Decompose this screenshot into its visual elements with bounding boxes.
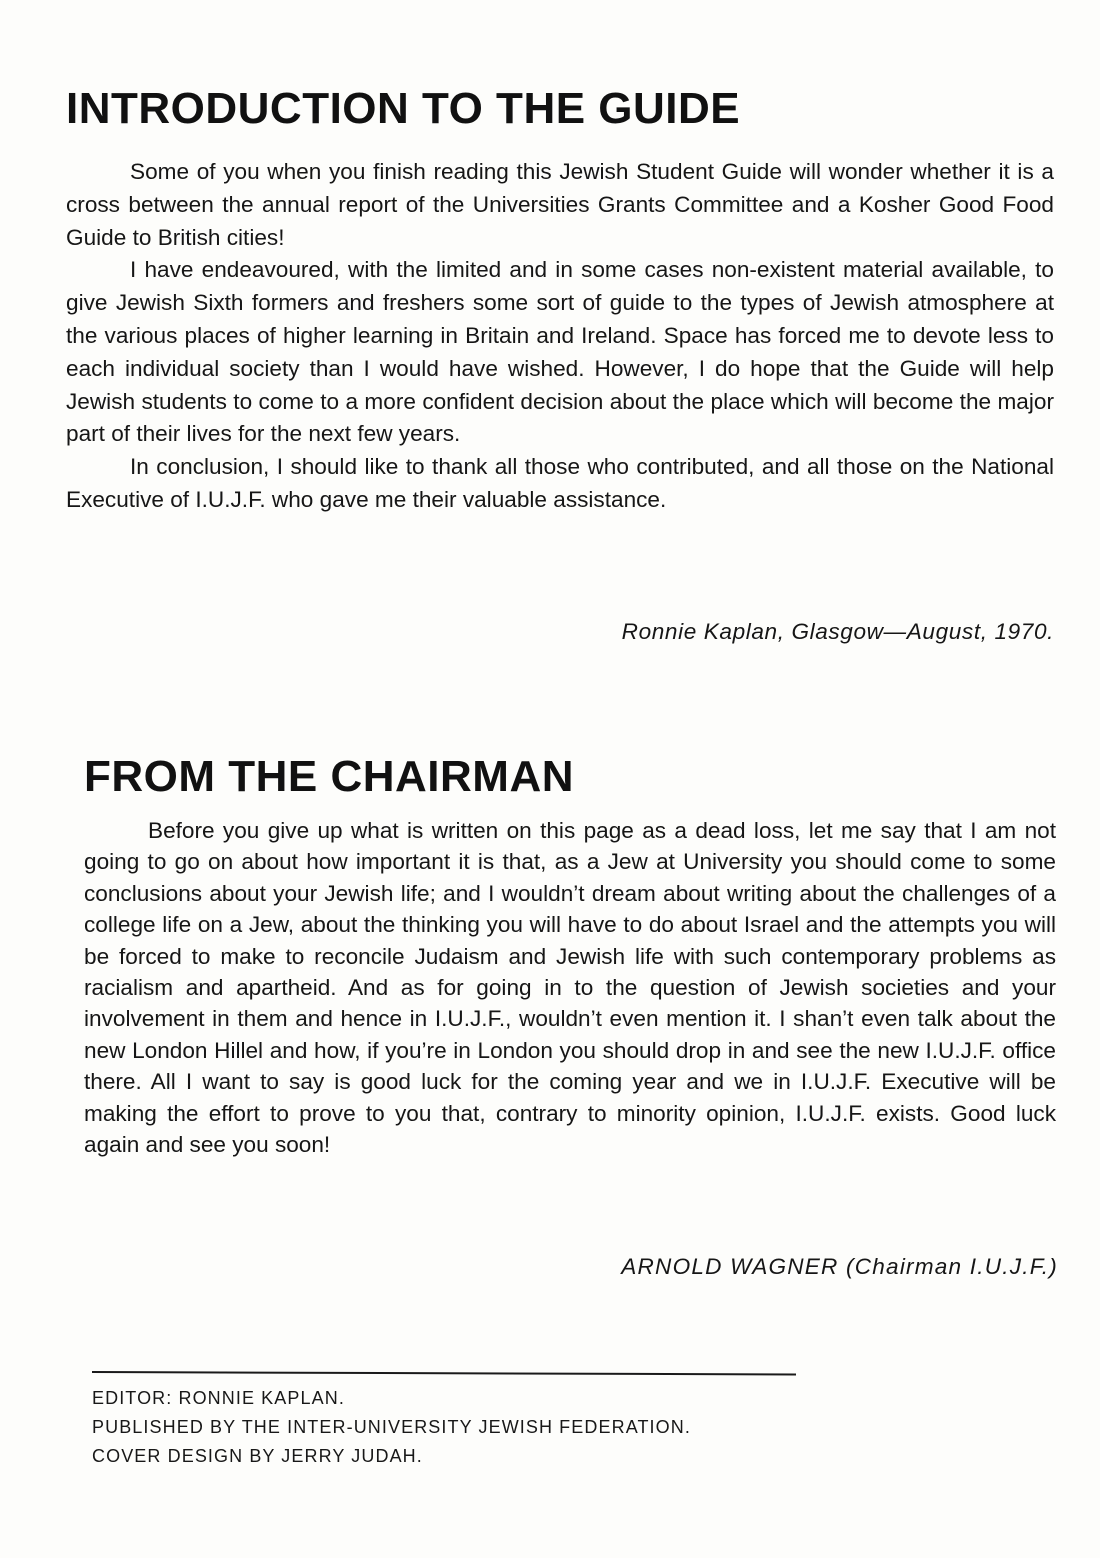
introduction-paragraph: Some of you when you finish reading this… — [66, 156, 1054, 254]
credits-block: EDITOR: RONNIE KAPLAN. PUBLISHED BY THE … — [92, 1384, 691, 1471]
document-page: INTRODUCTION TO THE GUIDE Some of you wh… — [0, 0, 1100, 1558]
chairman-title: FROM THE CHAIRMAN — [84, 752, 574, 802]
credit-editor: EDITOR: RONNIE KAPLAN. — [92, 1384, 691, 1413]
introduction-paragraph: I have endeavoured, with the limited and… — [66, 254, 1054, 451]
footer-divider — [92, 1371, 796, 1375]
introduction-paragraph: In conclusion, I should like to thank al… — [66, 451, 1054, 517]
introduction-body: Some of you when you finish reading this… — [66, 156, 1054, 517]
chairman-paragraph: Before you give up what is written on th… — [84, 815, 1056, 1160]
introduction-signature: Ronnie Kaplan, Glasgow—August, 1970. — [622, 619, 1054, 645]
credit-cover-design: COVER DESIGN BY JERRY JUDAH. — [92, 1442, 691, 1471]
chairman-signature: ARNOLD WAGNER (Chairman I.U.J.F.) — [621, 1254, 1058, 1280]
introduction-title: INTRODUCTION TO THE GUIDE — [66, 84, 740, 134]
credit-publisher: PUBLISHED BY THE INTER-UNIVERSITY JEWISH… — [92, 1413, 691, 1442]
chairman-body: Before you give up what is written on th… — [84, 815, 1056, 1160]
